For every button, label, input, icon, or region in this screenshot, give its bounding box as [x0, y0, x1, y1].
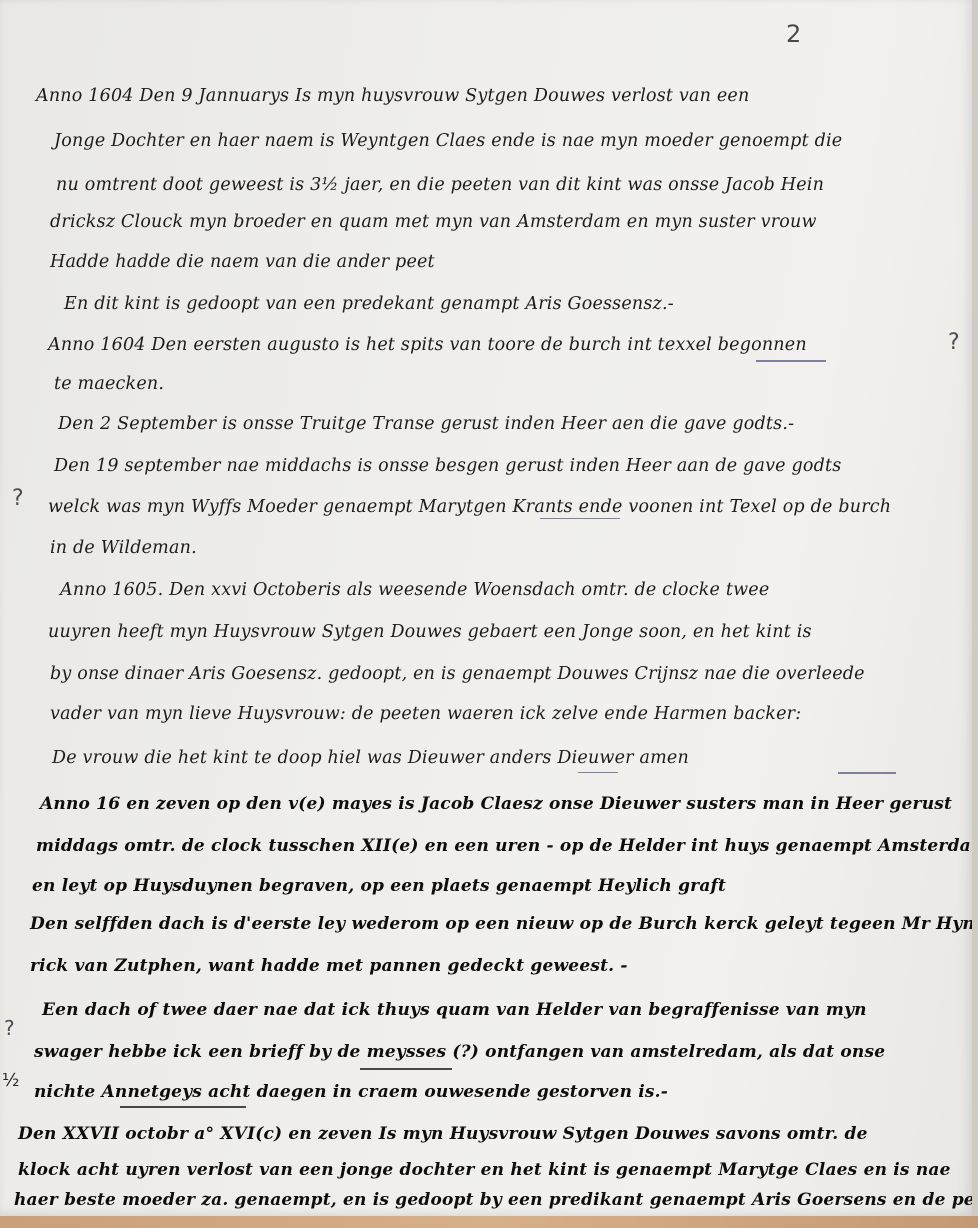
text-line: Een dach of twee daer nae dat ick thuys … [42, 1000, 867, 1020]
text-line: De vrouw die het kint te doop hiel was D… [52, 748, 689, 768]
text-line: Anno 1604 Den eersten augusto is het spi… [48, 335, 807, 355]
text-line: by onse dinaer Aris Goesensz. gedoopt, e… [50, 664, 865, 684]
text-line: nu omtrent doot geweest is 3½ jaer, en d… [56, 175, 824, 195]
text-line: uuyren heeft myn Huysvrouw Sytgen Douwes… [48, 622, 812, 642]
margin-mark: ½ [2, 1070, 19, 1091]
text-line: Anno 1604 Den 9 Jannuarys Is myn huysvro… [36, 86, 749, 106]
text-line: Den XXVII octobr a° XVI(c) en zeven Is m… [18, 1124, 868, 1144]
margin-question-mark: ? [12, 486, 24, 511]
page-edge-right [972, 0, 978, 1228]
underline-meysses [360, 1068, 452, 1070]
text-line: Jonge Dochter en haer naem is Weyntgen C… [54, 131, 842, 151]
text-line: middags omtr. de clock tusschen XII(e) e… [36, 836, 978, 856]
underline-amen [838, 772, 896, 774]
text-line: Den 2 September is onsse Truitge Transe … [58, 414, 794, 434]
text-line: Den selffden dach is d'eerste ley wedero… [30, 914, 978, 934]
underline-texxel [756, 360, 826, 362]
page-edge-bottom [0, 1216, 978, 1228]
text-line: rick van Zutphen, want hadde met pannen … [30, 956, 628, 976]
manuscript-page: 2 Anno 1604 Den 9 Jannuarys Is myn huysv… [0, 0, 972, 1216]
text-line: Hadde hadde die naem van die ander peet [50, 252, 435, 272]
margin-question-mark: ? [948, 330, 960, 355]
text-line: Anno 1605. Den xxvi Octoberis als weesen… [60, 580, 769, 600]
text-line: Anno 16 en zeven op den v(e) mayes is Ja… [40, 794, 952, 814]
text-line: in de Wildeman. [50, 538, 197, 558]
text-line: nichte Annetgeys acht daegen in craem ou… [34, 1082, 668, 1102]
text-line: swager hebbe ick een brieff by de meysse… [34, 1042, 885, 1062]
text-line: dricksz Clouck myn broeder en quam met m… [50, 212, 817, 232]
underline-annetgeys [120, 1106, 246, 1108]
page-number: 2 [786, 20, 801, 48]
margin-question-mark: ? [4, 1016, 15, 1040]
underline-krants [540, 518, 620, 519]
underline-blank [578, 772, 618, 773]
text-line: en leyt op Huysduynen begraven, op een p… [32, 876, 726, 896]
text-line: Den 19 september nae middachs is onsse b… [54, 456, 841, 476]
text-line: te maecken. [54, 374, 164, 394]
text-line: vader van myn lieve Huysvrouw: de peeten… [50, 704, 801, 724]
text-line: haer beste moeder za. genaempt, en is ge… [14, 1190, 978, 1210]
text-line: En dit kint is gedoopt van een predekant… [64, 294, 674, 314]
text-line: welck was myn Wyffs Moeder genaempt Mary… [48, 497, 891, 517]
text-line: klock acht uyren verlost van een jonge d… [18, 1160, 951, 1180]
